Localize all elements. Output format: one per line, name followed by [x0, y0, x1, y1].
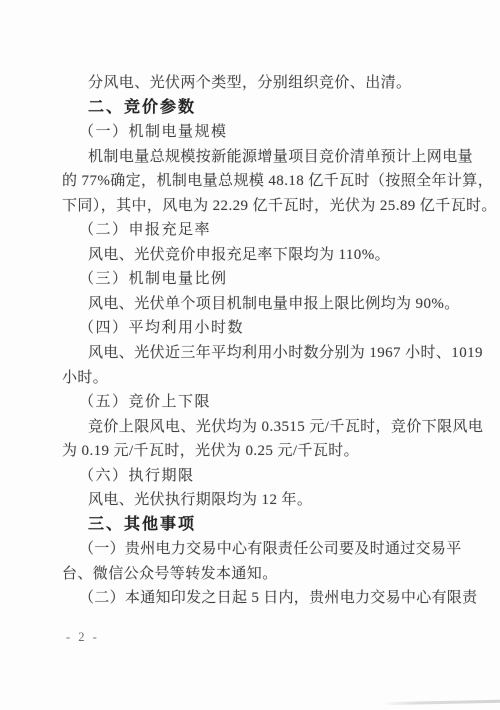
text-line: 的 77%确定，机制电量总规模 48.18 亿千瓦时（按照全年计算，	[0, 169, 500, 194]
text-line: （二）申报充足率	[0, 218, 500, 243]
scan-edge-artifact	[382, 700, 500, 705]
document-body: 分风电、光伏两个类型，分别组织竞价、出清。二、竞价参数（一）机制电量规模机制电量…	[0, 71, 500, 611]
text-line: （一）机制电量规模	[0, 120, 500, 145]
text-line: 机制电量总规模按新能源增量项目竞价清单预计上网电量	[0, 145, 500, 170]
page-number: - 2 -	[66, 630, 99, 644]
text-line: 风电、光伏近三年平均利用小时数分别为 1967 小时、1019	[0, 341, 500, 366]
text-line: 风电、光伏单个项目机制电量申报上限比例均为 90%。	[0, 292, 500, 317]
text-line: 风电、光伏执行期限均为 12 年。	[0, 488, 500, 513]
text-line: 为 0.19 元/千瓦时，光伏为 0.25 元/千瓦时。	[0, 439, 500, 464]
text-line: 风电、光伏竞价申报充足率下限均为 110%。	[0, 243, 500, 268]
text-line: （二）本通知印发之日起 5 日内，贵州电力交易中心有限责	[0, 586, 500, 611]
text-line: （一）贵州电力交易中心有限责任公司要及时通过交易平	[0, 537, 500, 562]
text-line: （六）执行期限	[0, 464, 500, 489]
text-line: 台、微信公众号等转发本通知。	[0, 562, 500, 587]
text-line: （五）竞价上下限	[0, 390, 500, 415]
section-heading: 三、其他事项	[0, 513, 500, 538]
text-line: （四）平均利用小时数	[0, 316, 500, 341]
text-line: （三）机制电量比例	[0, 267, 500, 292]
text-line: 分风电、光伏两个类型，分别组织竞价、出清。	[0, 71, 500, 96]
text-line: 竞价上限风电、光伏均为 0.3515 元/千瓦时，竞价下限风电	[0, 415, 500, 440]
text-line: 小时。	[0, 366, 500, 391]
document-page: 分风电、光伏两个类型，分别组织竞价、出清。二、竞价参数（一）机制电量规模机制电量…	[0, 0, 500, 710]
section-heading: 二、竞价参数	[0, 96, 500, 121]
text-line: 下同），其中，风电为 22.29 亿千瓦时，光伏为 25.89 亿千瓦时。	[0, 194, 500, 219]
